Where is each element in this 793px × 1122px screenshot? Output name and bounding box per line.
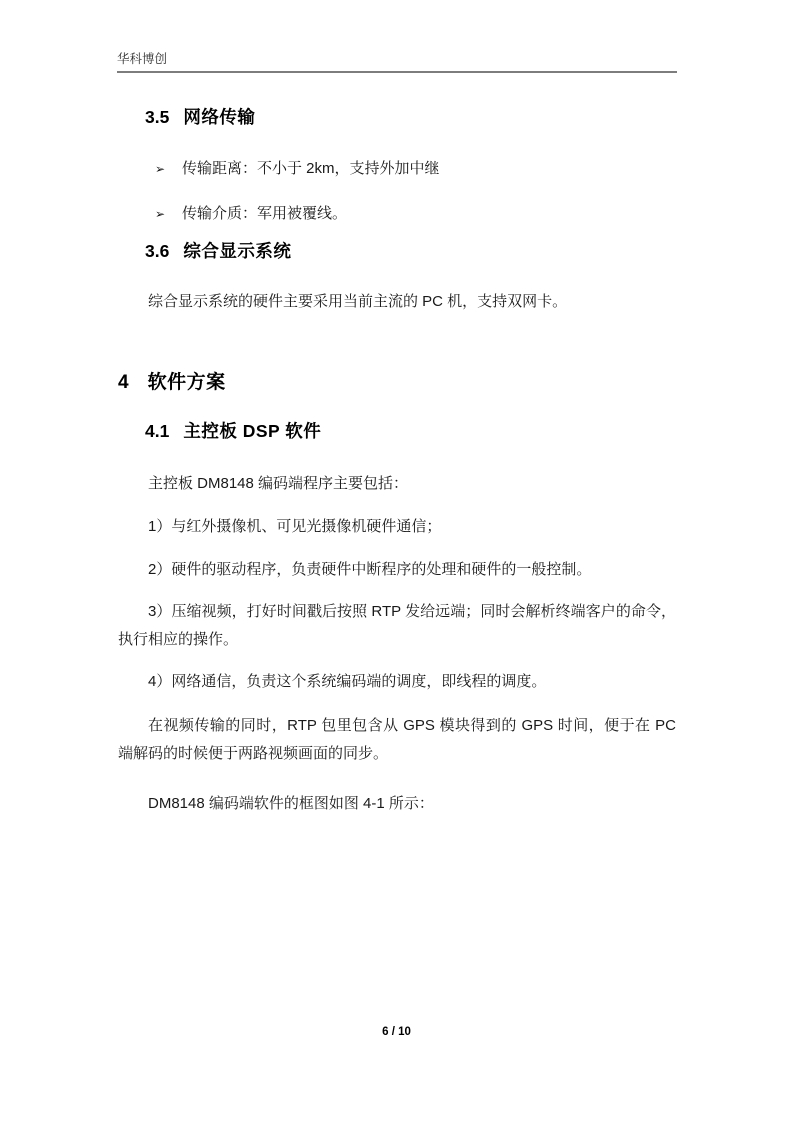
bullet-text: 传输介质：军用被覆线。 bbox=[182, 200, 347, 228]
section-heading-3-5: 3.5网络传输 bbox=[145, 105, 676, 129]
arrowhead-bullet-icon: ➢ bbox=[155, 155, 182, 183]
page-header: 华科博创 bbox=[117, 50, 677, 73]
heading-number: 4.1 bbox=[145, 419, 169, 443]
paragraph-dsp-item-4: 4）网络通信，负责这个系统编码端的调度，即线程的调度。 bbox=[118, 668, 676, 696]
company-name: 华科博创 bbox=[117, 52, 167, 66]
heading-number: 3.6 bbox=[145, 239, 169, 263]
page-footer: 6 / 10 bbox=[0, 1026, 793, 1038]
paragraph-figure-caption: DM8148 编码端软件的框图如图 4-1 所示： bbox=[118, 790, 676, 818]
section-heading-3-6: 3.6综合显示系统 bbox=[145, 239, 676, 263]
paragraph-dsp-item-3: 3）压缩视频，打好时间戳后按照 RTP 发给远端；同时会解析终端客户的命令，执行… bbox=[118, 598, 676, 654]
heading-title: 网络传输 bbox=[183, 107, 255, 127]
bullet-item-transmission-medium: ➢ 传输介质：军用被覆线。 bbox=[155, 200, 676, 228]
page-number: 6 / 10 bbox=[382, 1026, 411, 1038]
bullet-item-transmission-distance: ➢ 传输距离：不小于 2km，支持外加中继 bbox=[155, 155, 676, 183]
document-page: 华科博创 3.5网络传输 ➢ 传输距离：不小于 2km，支持外加中继 ➢ 传输介… bbox=[0, 0, 793, 1122]
paragraph-dsp-intro: 主控板 DM8148 编码端程序主要包括： bbox=[118, 470, 676, 498]
heading-number: 4 bbox=[118, 370, 129, 396]
section-heading-4-1: 4.1主控板 DSP 软件 bbox=[145, 419, 676, 443]
heading-title: 综合显示系统 bbox=[183, 241, 291, 261]
heading-number: 3.5 bbox=[145, 105, 169, 129]
heading-title: 软件方案 bbox=[148, 372, 226, 393]
heading-title: 主控板 DSP 软件 bbox=[183, 421, 321, 441]
bullet-text: 传输距离：不小于 2km，支持外加中继 bbox=[182, 155, 440, 183]
arrowhead-bullet-icon: ➢ bbox=[155, 200, 182, 228]
document-body: 3.5网络传输 ➢ 传输距离：不小于 2km，支持外加中继 ➢ 传输介质：军用被… bbox=[118, 105, 676, 818]
paragraph-gps-sync: 在视频传输的同时，RTP 包里包含从 GPS 模块得到的 GPS 时间，便于在 … bbox=[118, 712, 676, 768]
paragraph-dsp-item-2: 2）硬件的驱动程序，负责硬件中断程序的处理和硬件的一般控制。 bbox=[118, 556, 676, 584]
paragraph-dsp-item-1: 1）与红外摄像机、可见光摄像机硬件通信； bbox=[118, 513, 676, 541]
paragraph-display-system: 综合显示系统的硬件主要采用当前主流的 PC 机，支持双网卡。 bbox=[118, 288, 676, 316]
chapter-heading-4: 4软件方案 bbox=[118, 370, 676, 396]
